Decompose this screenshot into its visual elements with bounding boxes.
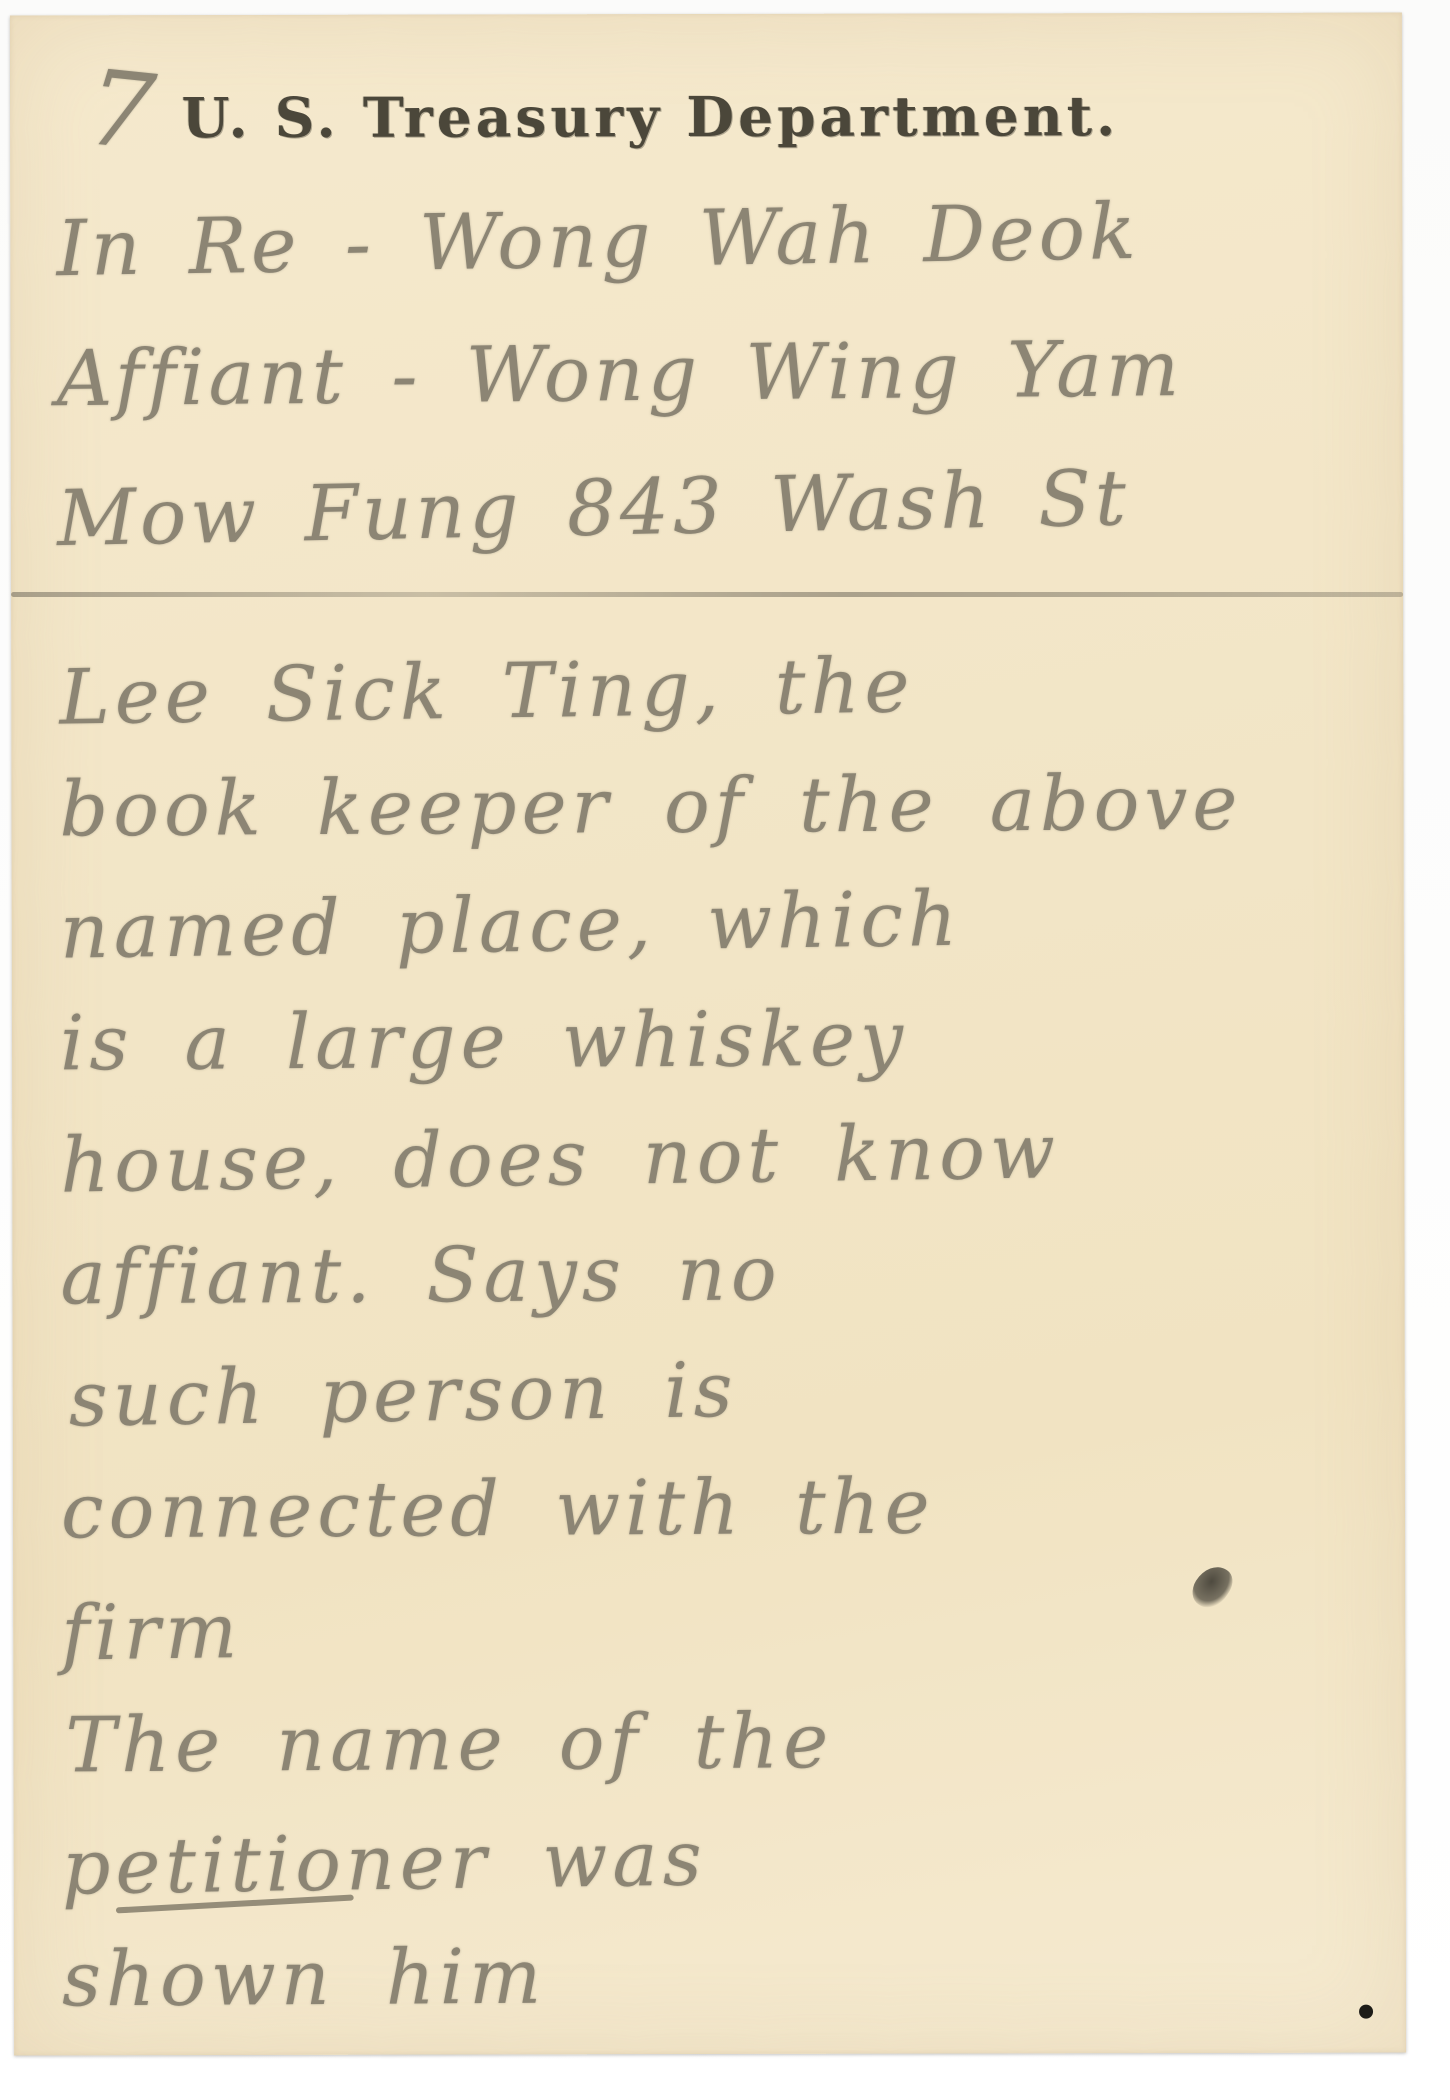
body-line: connected with the bbox=[61, 1446, 1244, 1570]
ink-dot-mark bbox=[1359, 2005, 1373, 2019]
body-line: is a large whiskey bbox=[60, 978, 1243, 1102]
body-line: such person is bbox=[60, 1324, 1244, 1458]
paper-sheet: 7 U. S. Treasury Department. In Re - Won… bbox=[10, 13, 1406, 2056]
scanned-document: 7 U. S. Treasury Department. In Re - Won… bbox=[0, 0, 1450, 2100]
body-line: affiant. Says no bbox=[60, 1212, 1243, 1336]
body-line: named place, which bbox=[59, 856, 1243, 990]
body-line: firm bbox=[60, 1558, 1244, 1692]
case-heading-block: In Re - Wong Wah Deok Affiant - Wong Win… bbox=[56, 173, 1183, 577]
pencil-divider-rule bbox=[11, 592, 1403, 597]
body-line: The name of the bbox=[61, 1680, 1244, 1804]
heading-line-affiant: Affiant - Wong Wing Yam bbox=[56, 303, 1184, 447]
body-line: shown him bbox=[62, 1914, 1245, 2038]
heading-line-address: Mow Fung 843 Wash St bbox=[56, 431, 1185, 587]
heading-line-in-re: In Re - Wong Wah Deok bbox=[55, 165, 1183, 317]
note-body-block: Lee Sick Ting, the book keeper of the ab… bbox=[59, 629, 1245, 2035]
body-line: Lee Sick Ting, the bbox=[58, 622, 1242, 756]
body-line: book keeper of the above bbox=[59, 744, 1242, 868]
letterhead-title: U. S. Treasury Department. bbox=[10, 83, 1291, 151]
body-line: house, does not know bbox=[59, 1090, 1243, 1224]
